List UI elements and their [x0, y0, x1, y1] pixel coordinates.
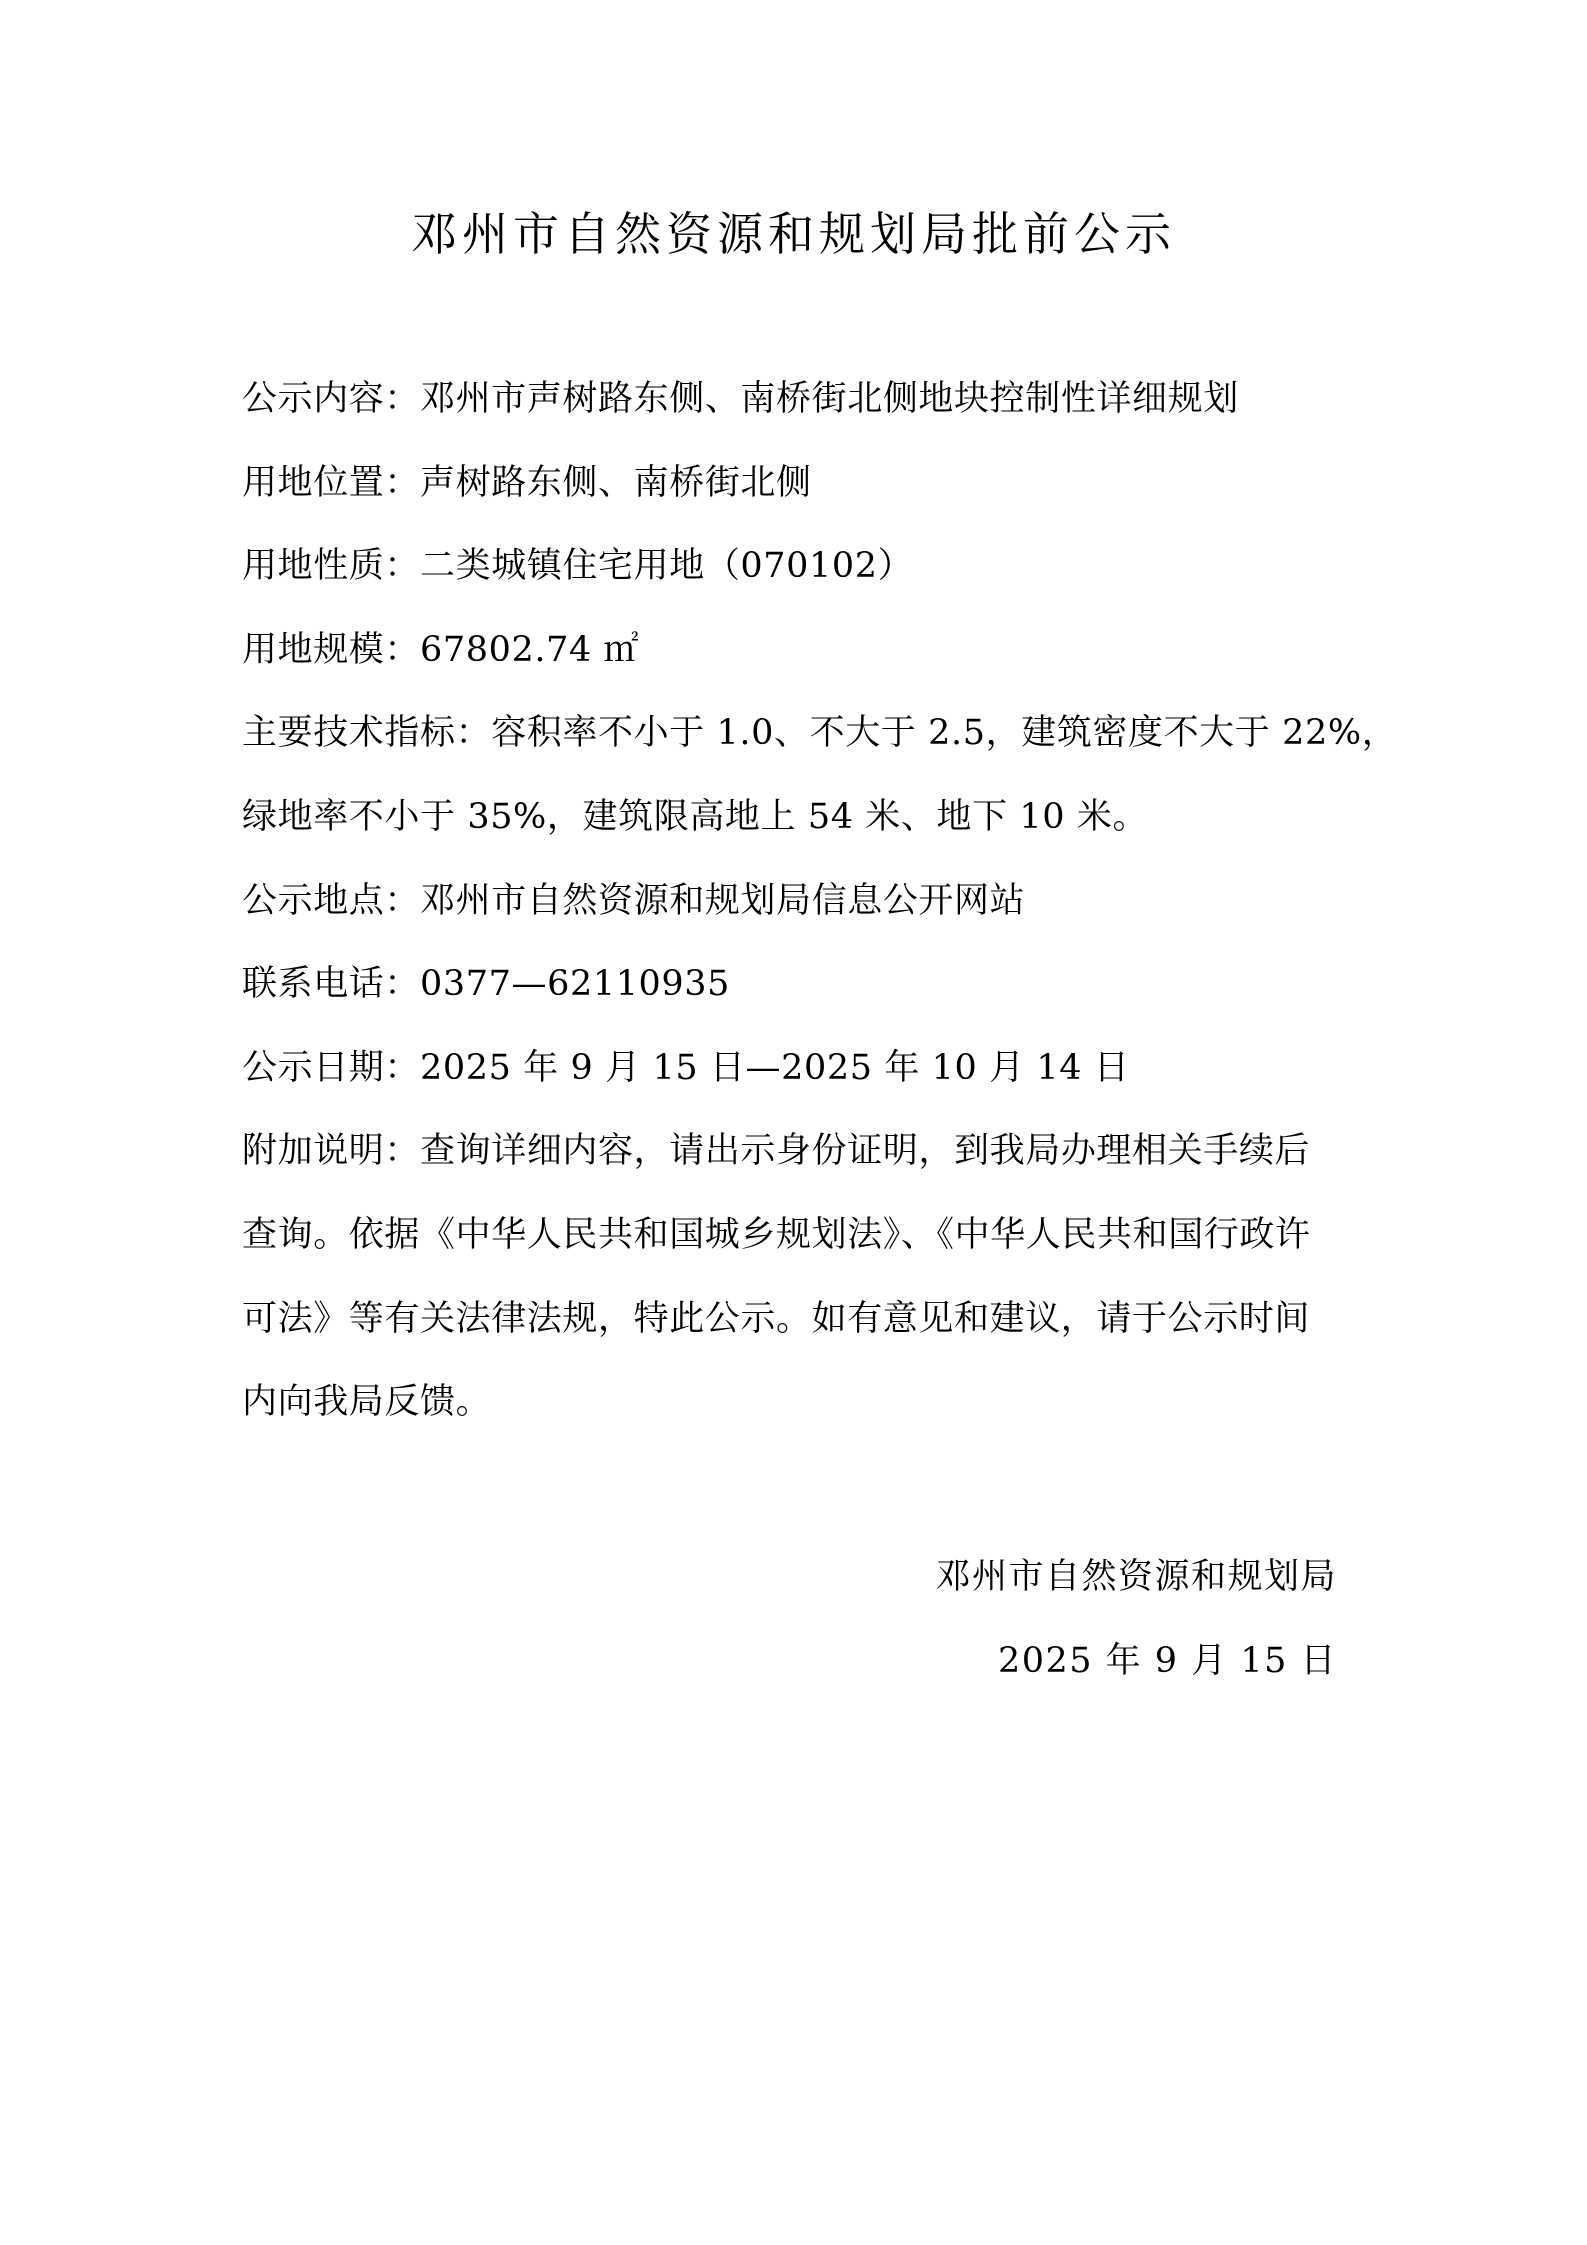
- signature-block: 邓州市自然资源和规划局 2025 年 9 月 15 日: [935, 1536, 1337, 1703]
- field-note-line-3: 可法》等有关法律法规，特此公示。如有意见和建议，请于公示时间: [242, 1278, 1354, 1362]
- field-value: 2025 年 9 月 15 日—2025 年 10 月 14 日: [420, 1048, 1129, 1088]
- field-value: 容积率不小于 1.0、不大于 2.5，建筑密度不大于 22%，: [491, 713, 1397, 753]
- field-label: 主要技术指标：: [242, 713, 491, 753]
- field-value: 查询。依据《中华人民共和国城乡规划法》、《中华人民共和国行政许: [242, 1215, 1311, 1255]
- field-label: 公示地点：: [242, 881, 420, 921]
- field-land-area: 用地规模：67802.74 ㎡: [242, 609, 1354, 693]
- field-note-line-1: 附加说明：查询详细内容，请出示身份证明，到我局办理相关手续后: [242, 1110, 1354, 1194]
- field-value: 查询详细内容，请出示身份证明，到我局办理相关手续后: [420, 1131, 1310, 1171]
- field-note-line-2: 查询。依据《中华人民共和国城乡规划法》、《中华人民共和国行政许: [242, 1194, 1354, 1278]
- field-label: 用地性质：: [242, 546, 420, 586]
- field-indicators-line-1: 主要技术指标：容积率不小于 1.0、不大于 2.5，建筑密度不大于 22%，: [242, 692, 1354, 776]
- field-value: 可法》等有关法律法规，特此公示。如有意见和建议，请于公示时间: [242, 1299, 1310, 1339]
- field-label: 公示日期：: [242, 1048, 420, 1088]
- field-value: 声树路东侧、南桥街北侧: [420, 463, 812, 503]
- field-value: 0377—62110935: [420, 964, 730, 1004]
- field-label: 联系电话：: [242, 964, 420, 1004]
- field-label: 用地位置：: [242, 463, 420, 503]
- field-value: 二类城镇住宅用地（070102）: [420, 546, 913, 586]
- field-note-line-4: 内向我局反馈。: [242, 1361, 1354, 1445]
- field-location: 用地位置：声树路东侧、南桥街北侧: [242, 442, 1354, 526]
- field-value: 邓州市自然资源和规划局信息公开网站: [420, 881, 1025, 921]
- field-content: 公示内容：邓州市声树路东侧、南桥街北侧地块控制性详细规划: [242, 358, 1354, 442]
- page-title: 邓州市自然资源和规划局批前公示: [0, 206, 1587, 262]
- notice-body: 公示内容：邓州市声树路东侧、南桥街北侧地块控制性详细规划 用地位置：声树路东侧、…: [242, 358, 1354, 1445]
- field-value: 绿地率不小于 35%，建筑限高地上 54 米、地下 10 米。: [242, 797, 1148, 837]
- field-label: 用地规模：: [242, 630, 420, 670]
- field-value: 邓州市声树路东侧、南桥街北侧地块控制性详细规划: [420, 379, 1239, 419]
- signature-date: 2025 年 9 月 15 日: [935, 1620, 1337, 1704]
- field-value: 67802.74 ㎡: [420, 630, 639, 670]
- field-publicity-date: 公示日期：2025 年 9 月 15 日—2025 年 10 月 14 日: [242, 1027, 1354, 1111]
- field-label: 附加说明：: [242, 1131, 420, 1171]
- field-label: 公示内容：: [242, 379, 420, 419]
- field-publicity-place: 公示地点：邓州市自然资源和规划局信息公开网站: [242, 860, 1354, 944]
- field-phone: 联系电话：0377—62110935: [242, 943, 1354, 1027]
- field-value: 内向我局反馈。: [242, 1382, 491, 1422]
- document-page: 邓州市自然资源和规划局批前公示 公示内容：邓州市声树路东侧、南桥街北侧地块控制性…: [0, 0, 1587, 2245]
- field-land-use: 用地性质：二类城镇住宅用地（070102）: [242, 525, 1354, 609]
- signature-organization: 邓州市自然资源和规划局: [935, 1536, 1337, 1620]
- field-indicators-line-2: 绿地率不小于 35%，建筑限高地上 54 米、地下 10 米。: [242, 776, 1354, 860]
